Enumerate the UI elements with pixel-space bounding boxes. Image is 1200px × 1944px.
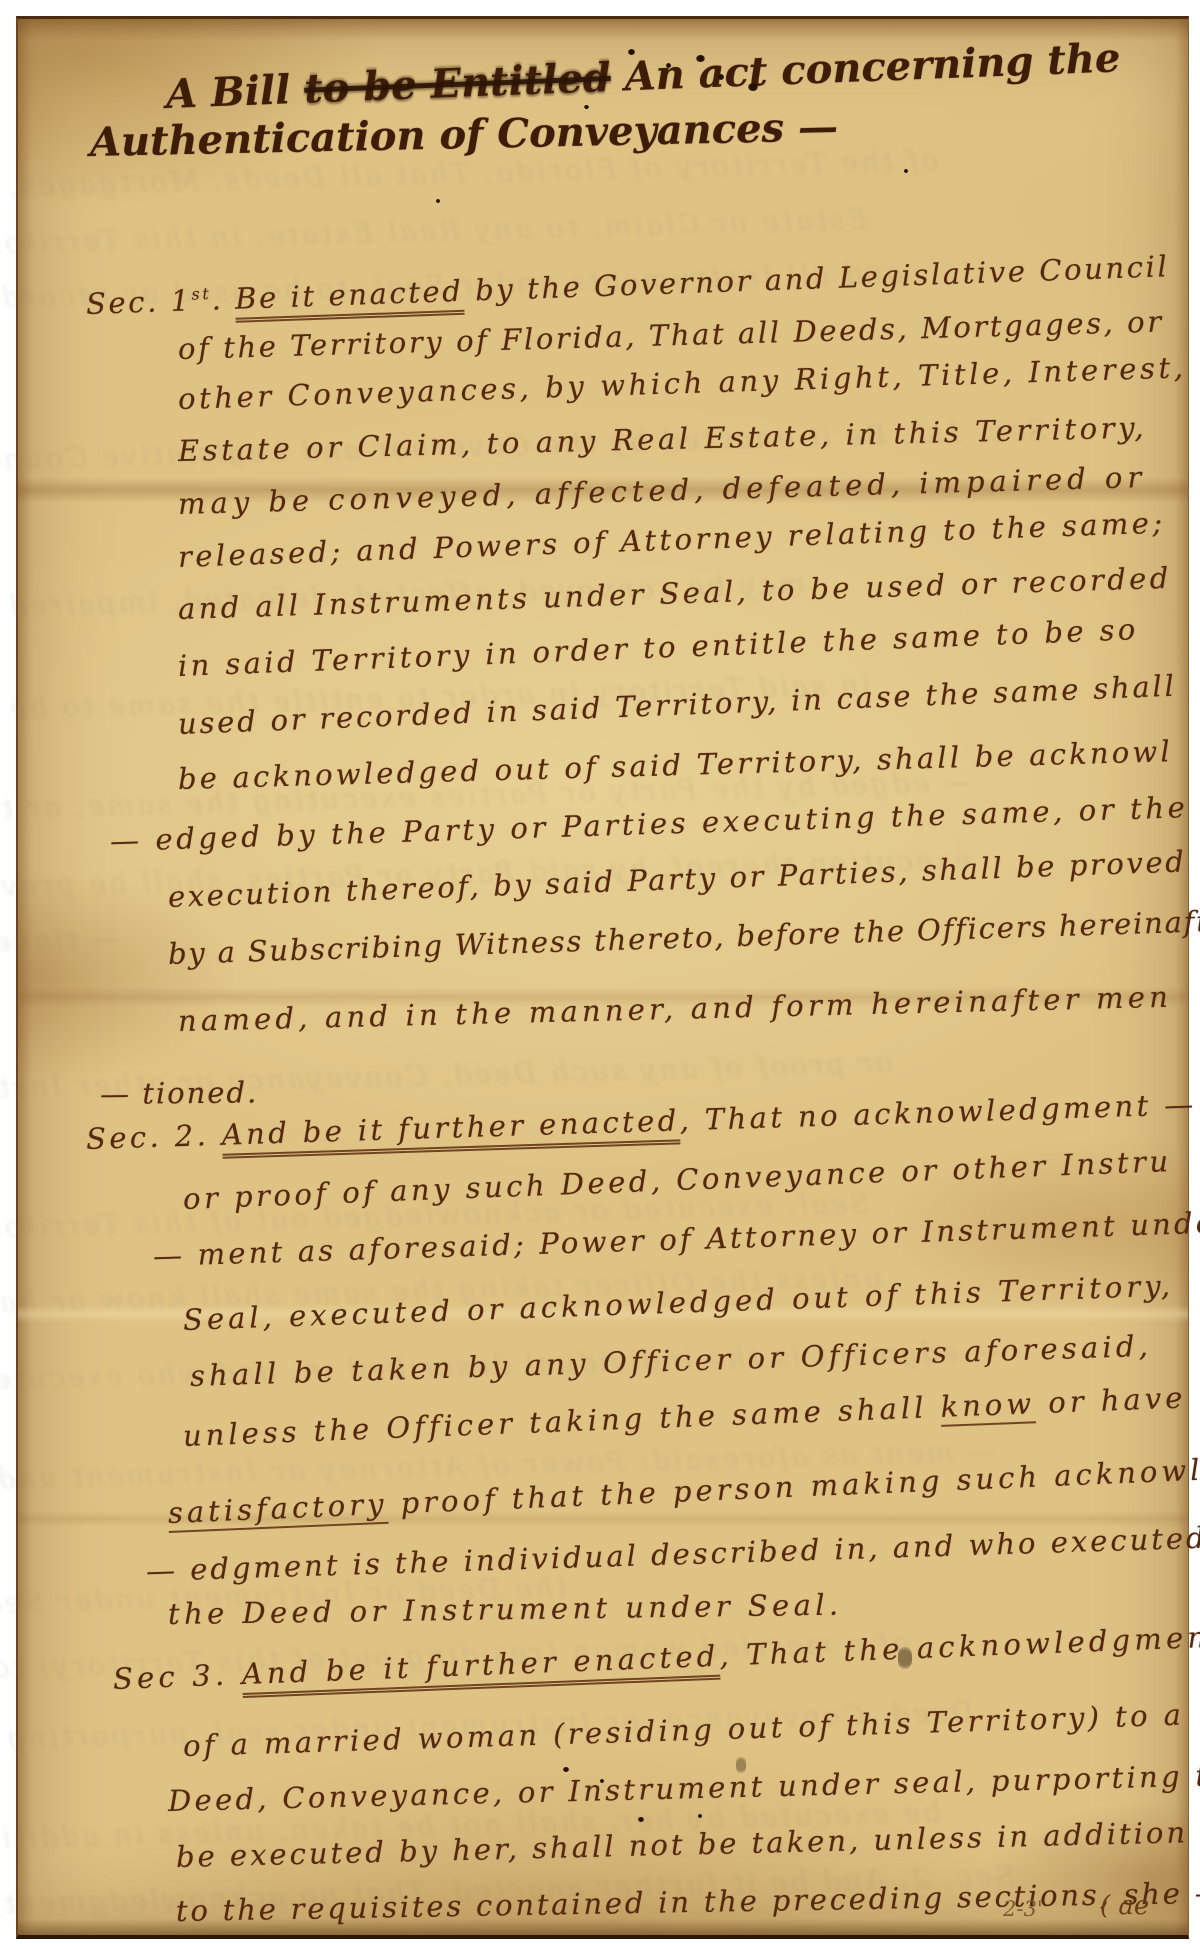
text-segment: Sec. 1: [85, 283, 192, 321]
text-segment: — tioned.: [100, 1075, 259, 1111]
struck-out-text: to be Entitled: [303, 54, 611, 113]
section-2-line-6: unless the Officer taking the same shall…: [182, 1380, 1187, 1453]
section-3-line-1: Sec 3. And be it further enacted, That t…: [112, 1619, 1200, 1696]
text-segment: st: [191, 284, 211, 304]
document-page: of the Territory of Florida, That all De…: [16, 16, 1189, 1939]
ink-blot: [698, 1814, 702, 1818]
ink-blot: [696, 55, 705, 62]
text-segment: .: [211, 282, 236, 317]
ink-blot: [584, 105, 589, 109]
section-2-line-8: — edgment is the individual described in…: [145, 1520, 1200, 1588]
ink-blot: [436, 199, 440, 203]
ink-blot: [600, 1779, 604, 1783]
text-segment: Sec 3.: [112, 1657, 242, 1696]
text-segment: shall be taken by any Officer or Officer…: [189, 1329, 1152, 1393]
section-2-line-5: shall be taken by any Officer or Officer…: [189, 1329, 1152, 1393]
ink-blot: [548, 83, 552, 87]
text-segment: or have: [1034, 1380, 1186, 1420]
catchword: ( ae: [1100, 1891, 1149, 1921]
ink-blot: [638, 1817, 644, 1822]
section-1-line-8: in said Territory in order to entitle th…: [177, 612, 1139, 683]
ink-blot: [628, 49, 635, 55]
underlined-phrase: know: [940, 1386, 1036, 1427]
ink-smudge: [898, 1647, 912, 1669]
photograph-background: { "page": { "kind": "handwritten legisla…: [0, 0, 1200, 1944]
text-segment: , That the acknowledgment: [719, 1619, 1200, 1672]
ink-blot: [904, 169, 908, 173]
ink-blot: [718, 74, 724, 80]
text-segment: by a Subscribing Witness thereto, before…: [167, 903, 1200, 971]
bleedthrough-line: Estate or Claim, to any Real Estate, in …: [0, 202, 868, 260]
text-segment: Estate or Claim, to any Real Estate, in …: [178, 410, 1148, 468]
text-segment: An act concerning the: [610, 34, 1121, 101]
section-1-line-4: Estate or Claim, to any Real Estate, in …: [178, 410, 1148, 468]
ink-blot: [666, 63, 671, 68]
text-segment: — edgment is the individual described in…: [145, 1520, 1200, 1588]
section-1-line-15: — tioned.: [100, 1075, 259, 1111]
underlined-phrase: And be it further enacted: [221, 1103, 680, 1158]
bleedthrough-line: — tioned.: [0, 922, 121, 960]
title-line-1: A Bill to be Entitled An act concerning …: [165, 34, 1121, 118]
section-1-line-14: named, and in the manner, and form herei…: [178, 980, 1173, 1038]
text-segment: Sec. 2.: [85, 1118, 222, 1156]
ink-smudge: [736, 1757, 746, 1773]
text-segment: in said Territory in order to entitle th…: [177, 612, 1139, 683]
section-1-line-13: by a Subscribing Witness thereto, before…: [167, 903, 1200, 971]
underlined-phrase: Be it enacted: [235, 274, 465, 323]
text-segment: A Bill: [165, 66, 305, 118]
text-segment: , That no acknowledgment —: [679, 1087, 1197, 1137]
page-number-mark: 2-3': [1003, 1897, 1043, 1921]
text-segment: named, and in the manner, and form herei…: [178, 980, 1173, 1038]
underlined-phrase: satisfactory: [167, 1487, 388, 1533]
ink-blot: [563, 1767, 569, 1772]
ink-blot: [748, 83, 758, 91]
